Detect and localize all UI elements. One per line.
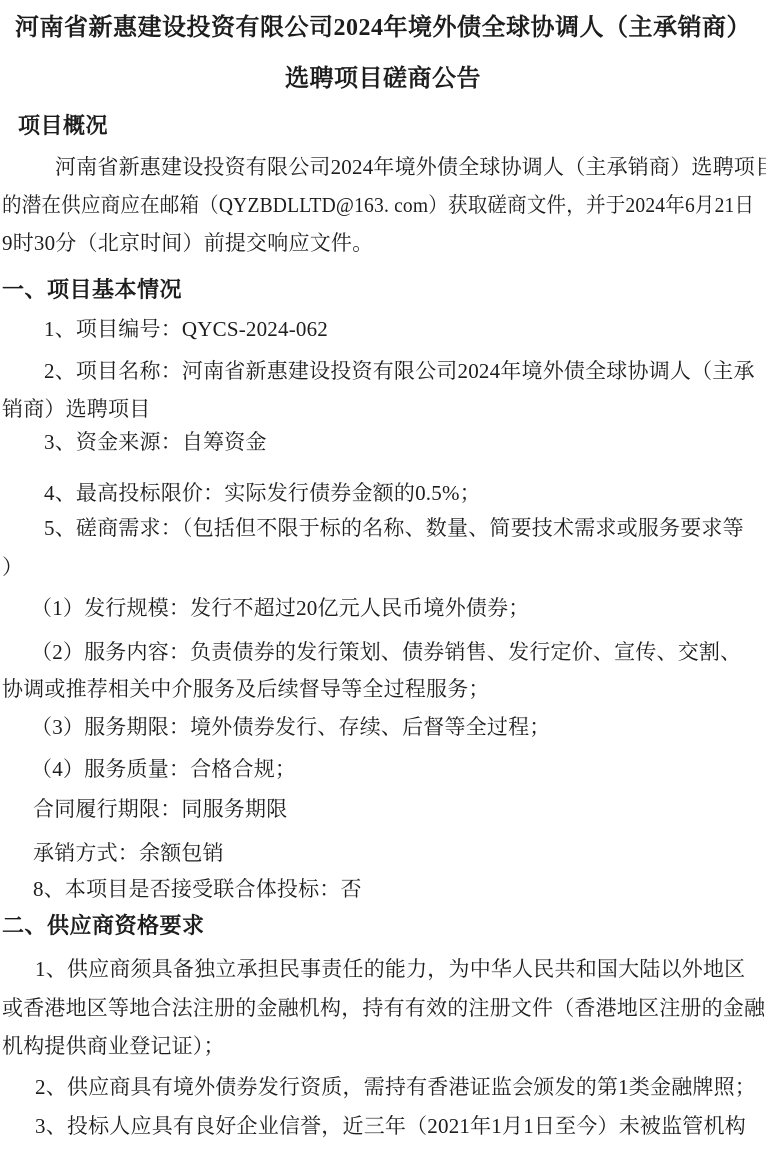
requirement1-line1: 1、供应商须具备独立承担民事责任的能力，为中华人民共和国大陆以外地区 xyxy=(35,956,745,983)
sub-item-service-quality: （4）服务质量：合格合规； xyxy=(31,756,296,783)
item-funding-source: 3、资金来源：自筹资金 xyxy=(44,429,267,456)
item-max-bid-price: 4、最高投标限价：实际发行债券金额的0.5%； xyxy=(44,480,481,507)
requirement1-line3: 机构提供商业登记证）； xyxy=(2,1033,225,1060)
doc-title-line1: 河南省新惠建设投资有限公司2024年境外债全球协调人（主承销商） xyxy=(0,12,766,44)
sub-item-service-content-line1: （2）服务内容：负责债券的发行策划、债券销售、发行定价、宣传、交割、 xyxy=(31,639,741,666)
item-project-number: 1、项目编号：QYCS-2024-062 xyxy=(44,316,328,343)
item-project-name-line1: 2、项目名称：河南省新惠建设投资有限公司2024年境外债全球协调人（主承 xyxy=(44,358,755,385)
announcement-document: 河南省新惠建设投资有限公司2024年境外债全球协调人（主承销商） 选聘项目磋商公… xyxy=(0,0,766,1159)
item-negotiation-demand-line2: ） xyxy=(2,554,23,581)
basic-info-heading: 一、项目基本情况 xyxy=(2,276,182,303)
item-consortium-bidding: 8、本项目是否接受联合体投标：否 xyxy=(33,876,362,903)
supplier-requirements-heading: 二、供应商资格要求 xyxy=(2,912,205,939)
requirement1-line2: 或香港地区等地合法注册的金融机构，持有有效的注册文件（香港地区注册的金融 xyxy=(2,995,765,1022)
item-project-name-line2: 销商）选聘项目 xyxy=(2,396,150,423)
sub-item-issuance-scale: （1）发行规模：发行不超过20亿元人民币境外债券； xyxy=(31,595,530,622)
sub-item-service-content-line2: 协调或推荐相关中介服务及后续督导等全过程服务； xyxy=(2,676,490,703)
contract-performance-period: 合同履行期限：同服务期限 xyxy=(33,796,287,823)
sub-item-service-period: （3）服务期限：境外债券发行、存续、后督等全过程； xyxy=(31,714,551,741)
requirement2: 2、供应商具有境外债券发行资质，需持有香港证监会颁发的第1类金融牌照； xyxy=(35,1074,756,1101)
item-negotiation-demand-line1: 5、磋商需求：（包括但不限于标的名称、数量、简要技术需求或服务要求等 xyxy=(44,515,744,542)
doc-title-line2: 选聘项目磋商公告 xyxy=(0,63,766,95)
overview-line3: 9时30分（北京时间）前提交响应文件。 xyxy=(2,230,373,257)
requirement3: 3、投标人应具有良好企业信誉，近三年（2021年1月1日至今）未被监管机构 xyxy=(35,1113,746,1140)
overview-line1: 河南省新惠建设投资有限公司2024年境外债全球协调人（主承销商）选聘项目 xyxy=(55,154,766,181)
overview-line2: 的潜在供应商应在邮箱（QYZBDLLTD@163. com）获取磋商文件，并于2… xyxy=(2,192,754,219)
underwriting-method: 承销方式：余额包销 xyxy=(33,840,224,867)
overview-heading: 项目概况 xyxy=(18,112,108,139)
